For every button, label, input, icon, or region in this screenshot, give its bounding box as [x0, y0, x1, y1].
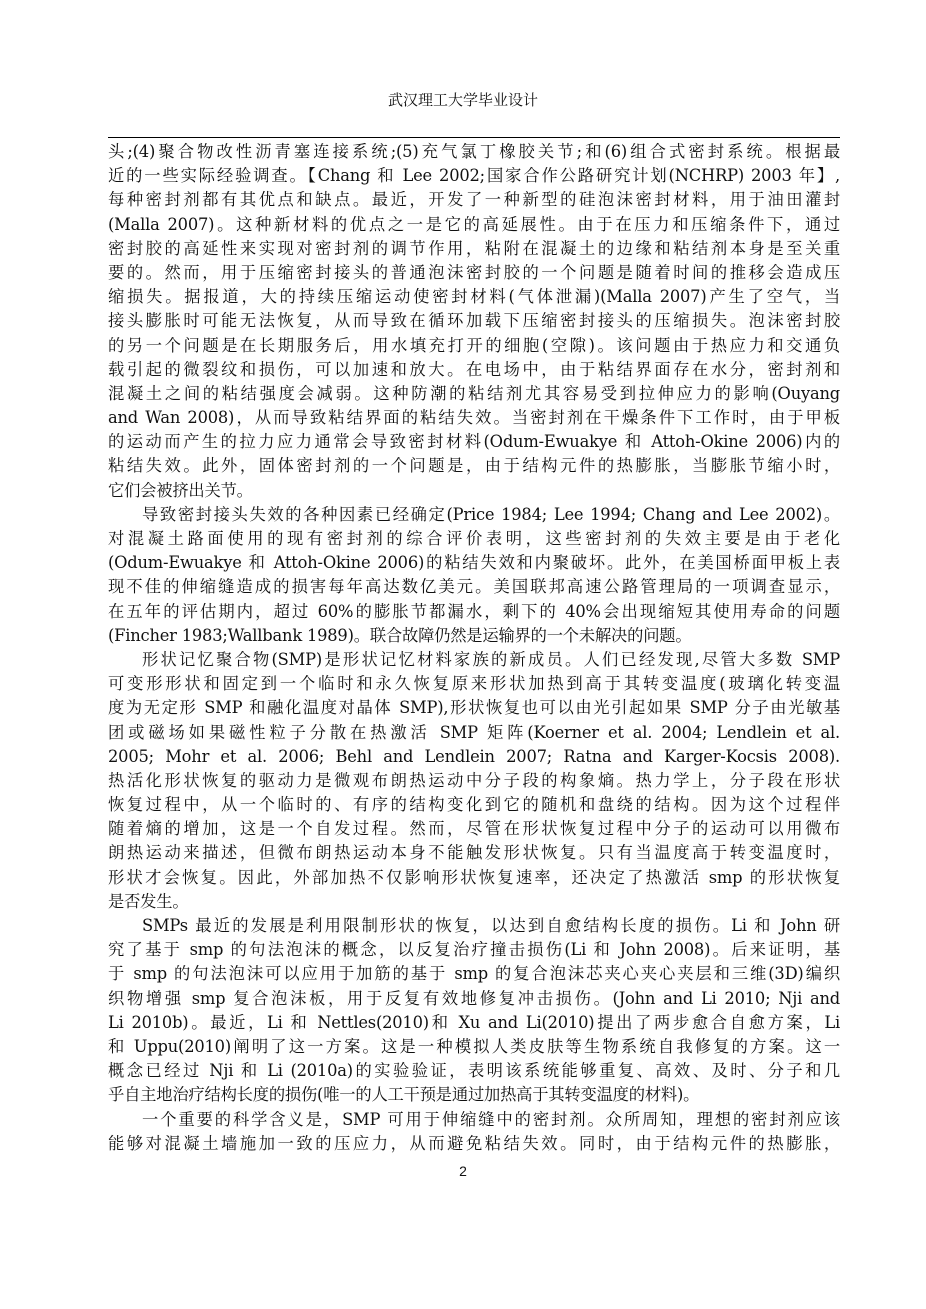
text-line: (Odum-Ewuakye 和 Attoh-Okine 2006)的粘结失效和内… — [108, 551, 840, 575]
text-line: 的运动而产生的拉力应力通常会导致密封材料(Odum-Ewuakye 和 Atto… — [108, 430, 840, 454]
page-number: 2 — [0, 1163, 926, 1179]
text-line: 究了基于 smp 的句法泡沫的概念，以反复治疗撞击损伤(Li 和 John 20… — [108, 938, 840, 962]
text-line: 混凝土之间的粘结强度会减弱。这种防潮的粘结剂尤其容易受到拉伸应力的影响(Ouya… — [108, 382, 840, 406]
text-line: 一个重要的科学含义是，SMP 可用于伸缩缝中的密封剂。众所周知，理想的密封剂应该 — [108, 1108, 840, 1132]
text-line: 对混凝土路面使用的现有密封剂的综合评价表明，这些密封剂的失效主要是由于老化 — [108, 527, 840, 551]
text-line: 要的。然而，用于压缩密封接头的普通泡沫密封胶的一个问题是随着时间的推移会造成压 — [108, 261, 840, 285]
text-line: 头;(4)聚合物改性沥青塞连接系统;(5)充气氯丁橡胶关节;和(6)组合式密封系… — [108, 140, 840, 164]
text-line: 接头膨胀时可能无法恢复，从而导致在循环加载下压缩密封接头的压缩损失。泡沫密封胶 — [108, 309, 840, 333]
text-line: (Fincher 1983;Wallbank 1989)。联合故障仍然是运输界的… — [108, 624, 840, 648]
text-line: 朗热运动来描述，但微布朗热运动本身不能触发形状恢复。只有当温度高于转变温度时， — [108, 841, 840, 865]
header-rule — [108, 137, 840, 138]
text-line: 它们会被挤出关节。 — [108, 479, 840, 503]
text-line: 缩损失。据报道，大的持续压缩运动使密封材料(气体泄漏)(Malla 2007)产… — [108, 285, 840, 309]
text-line: 是否发生。 — [108, 890, 840, 914]
text-line: 乎自主地治疗结构长度的损伤(唯一的人工干预是通过加热高于其转变温度的材料)。 — [108, 1083, 840, 1107]
text-line: 粘结失效。此外，固体密封剂的一个问题是，由于结构元件的热膨胀，当膨胀节缩小时， — [108, 454, 840, 478]
text-line: 概念已经过 Nji 和 Li (2010a)的实验验证，表明该系统能够重复、高效… — [108, 1059, 840, 1083]
text-line: 导致密封接头失效的各种因素已经确定(Price 1984; Lee 1994; … — [108, 503, 840, 527]
text-line: 近的一些实际经验调查。【Chang 和 Lee 2002;国家合作公路研究计划(… — [108, 164, 840, 188]
text-line: 随着熵的增加，这是一个自发过程。然而，尽管在形状恢复过程中分子的运动可以用微布 — [108, 817, 840, 841]
body-text: 头;(4)聚合物改性沥青塞连接系统;(5)充气氯丁橡胶关节;和(6)组合式密封系… — [108, 140, 840, 1156]
text-line: SMPs 最近的发展是利用限制形状的恢复，以达到自愈结构长度的损伤。Li 和 J… — [108, 914, 840, 938]
text-line: 度为无定形 SMP 和融化温度对晶体 SMP),形状恢复也可以由光引起如果 SM… — [108, 696, 840, 720]
text-line: 和 Uppu(2010)阐明了这一方案。这是一种模拟人类皮肤等生物系统自我修复的… — [108, 1035, 840, 1059]
text-line: 能够对混凝土墙施加一致的压应力，从而避免粘结失效。同时，由于结构元件的热膨胀， — [108, 1132, 840, 1156]
text-line: 现不佳的伸缩缝造成的损害每年高达数亿美元。美国联邦高速公路管理局的一项调查显示， — [108, 575, 840, 599]
text-line: 团或磁场如果磁性粒子分散在热激活 SMP 矩阵(Koerner et al. 2… — [108, 721, 840, 745]
text-line: Li 2010b)。最近，Li 和 Nettles(2010)和 Xu and … — [108, 1011, 840, 1035]
text-line: 形状才会恢复。因此，外部加热不仅影响形状恢复速率，还决定了热激活 smp 的形状… — [108, 866, 840, 890]
text-line: 每种密封剂都有其优点和缺点。最近，开发了一种新型的硅泡沫密封材料，用于油田灌封 — [108, 188, 840, 212]
text-line: 于 smp 的句法泡沫可以应用于加筋的基于 smp 的复合泡沫芯夹心夹心夹层和三… — [108, 962, 840, 986]
text-line: 在五年的评估期内，超过 60%的膨胀节都漏水，剩下的 40%会出现缩短其使用寿命… — [108, 600, 840, 624]
text-line: 可变形形状和固定到一个临时和永久恢复原来形状加热到高于其转变温度(玻璃化转变温 — [108, 672, 840, 696]
text-line: 密封胶的高延性来实现对密封剂的调节作用，粘附在混凝土的边缘和粘结剂本身是至关重 — [108, 237, 840, 261]
running-header: 武汉理工大学毕业设计 — [0, 90, 926, 110]
text-line: 形状记忆聚合物(SMP)是形状记忆材料家族的新成员。人们已经发现,尽管大多数 S… — [108, 648, 840, 672]
text-line: 热活化形状恢复的驱动力是微观布朗热运动中分子段的构象熵。热力学上，分子段在形状 — [108, 769, 840, 793]
text-line: (Malla 2007)。这种新材料的优点之一是它的高延展性。由于在压力和压缩条… — [108, 213, 840, 237]
text-line: 2005; Mohr et al. 2006; Behl and Lendlei… — [108, 745, 840, 769]
text-line: 恢复过程中，从一个临时的、有序的结构变化到它的随机和盘绕的结构。因为这个过程伴 — [108, 793, 840, 817]
text-line: 的另一个问题是在长期服务后，用水填充打开的细胞(空隙)。该问题由于热应力和交通负 — [108, 334, 840, 358]
text-line: 载引起的微裂纹和损伤，可以加速和放大。在电场中，由于粘结界面存在水分，密封剂和 — [108, 358, 840, 382]
text-line: 织物增强 smp 复合泡沫板，用于反复有效地修复冲击损伤。(John and L… — [108, 987, 840, 1011]
text-line: and Wan 2008)，从而导致粘结界面的粘结失效。当密封剂在干燥条件下工作… — [108, 406, 840, 430]
